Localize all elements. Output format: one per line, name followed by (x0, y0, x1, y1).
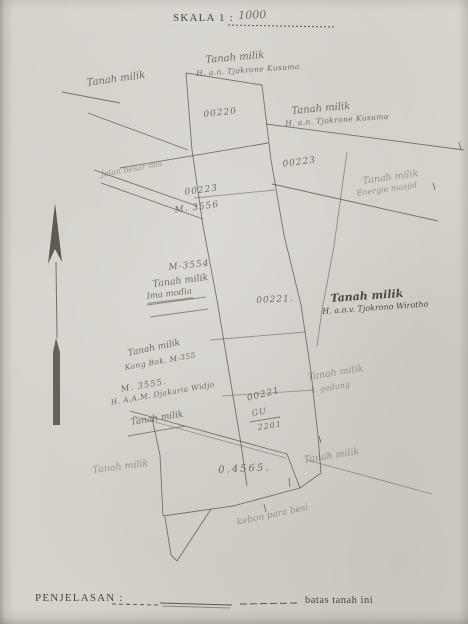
boundary-tick (319, 436, 321, 443)
legend-note: batas tanah ini (305, 595, 373, 606)
parcel-division (266, 124, 464, 150)
label-underline (128, 426, 185, 436)
north-arrow-icon (48, 203, 62, 425)
scanned-cadastral-map-page: SKALA 1 : 1000 Tanah milik H. a.n. Tjokr… (0, 0, 468, 624)
label-underline (150, 309, 208, 317)
parcel-map-drawing (0, 0, 468, 624)
parcel-boundary (300, 473, 321, 488)
scale-value: 1000 (238, 8, 266, 22)
parcel-boundaries (62, 73, 464, 561)
boundary-tick (459, 142, 461, 150)
parcel-boundary (152, 418, 163, 516)
boundary-tick (289, 478, 290, 487)
parcel-boundary-tail (165, 509, 211, 561)
parcel-number: 00221. (256, 294, 294, 306)
scale-label: SKALA 1 : (173, 12, 234, 24)
scale-dotted-line (228, 25, 334, 27)
boundary-tick (433, 183, 435, 190)
parcel-division (88, 113, 188, 150)
parcel-division (210, 332, 306, 340)
parcel-boundary-right (262, 85, 321, 473)
legend-label: PENJELASAN : (35, 592, 124, 604)
parcel-boundary-far-right (317, 152, 347, 346)
legend-line (112, 603, 300, 608)
parcel-division (62, 92, 120, 103)
parcel-division (307, 460, 432, 494)
